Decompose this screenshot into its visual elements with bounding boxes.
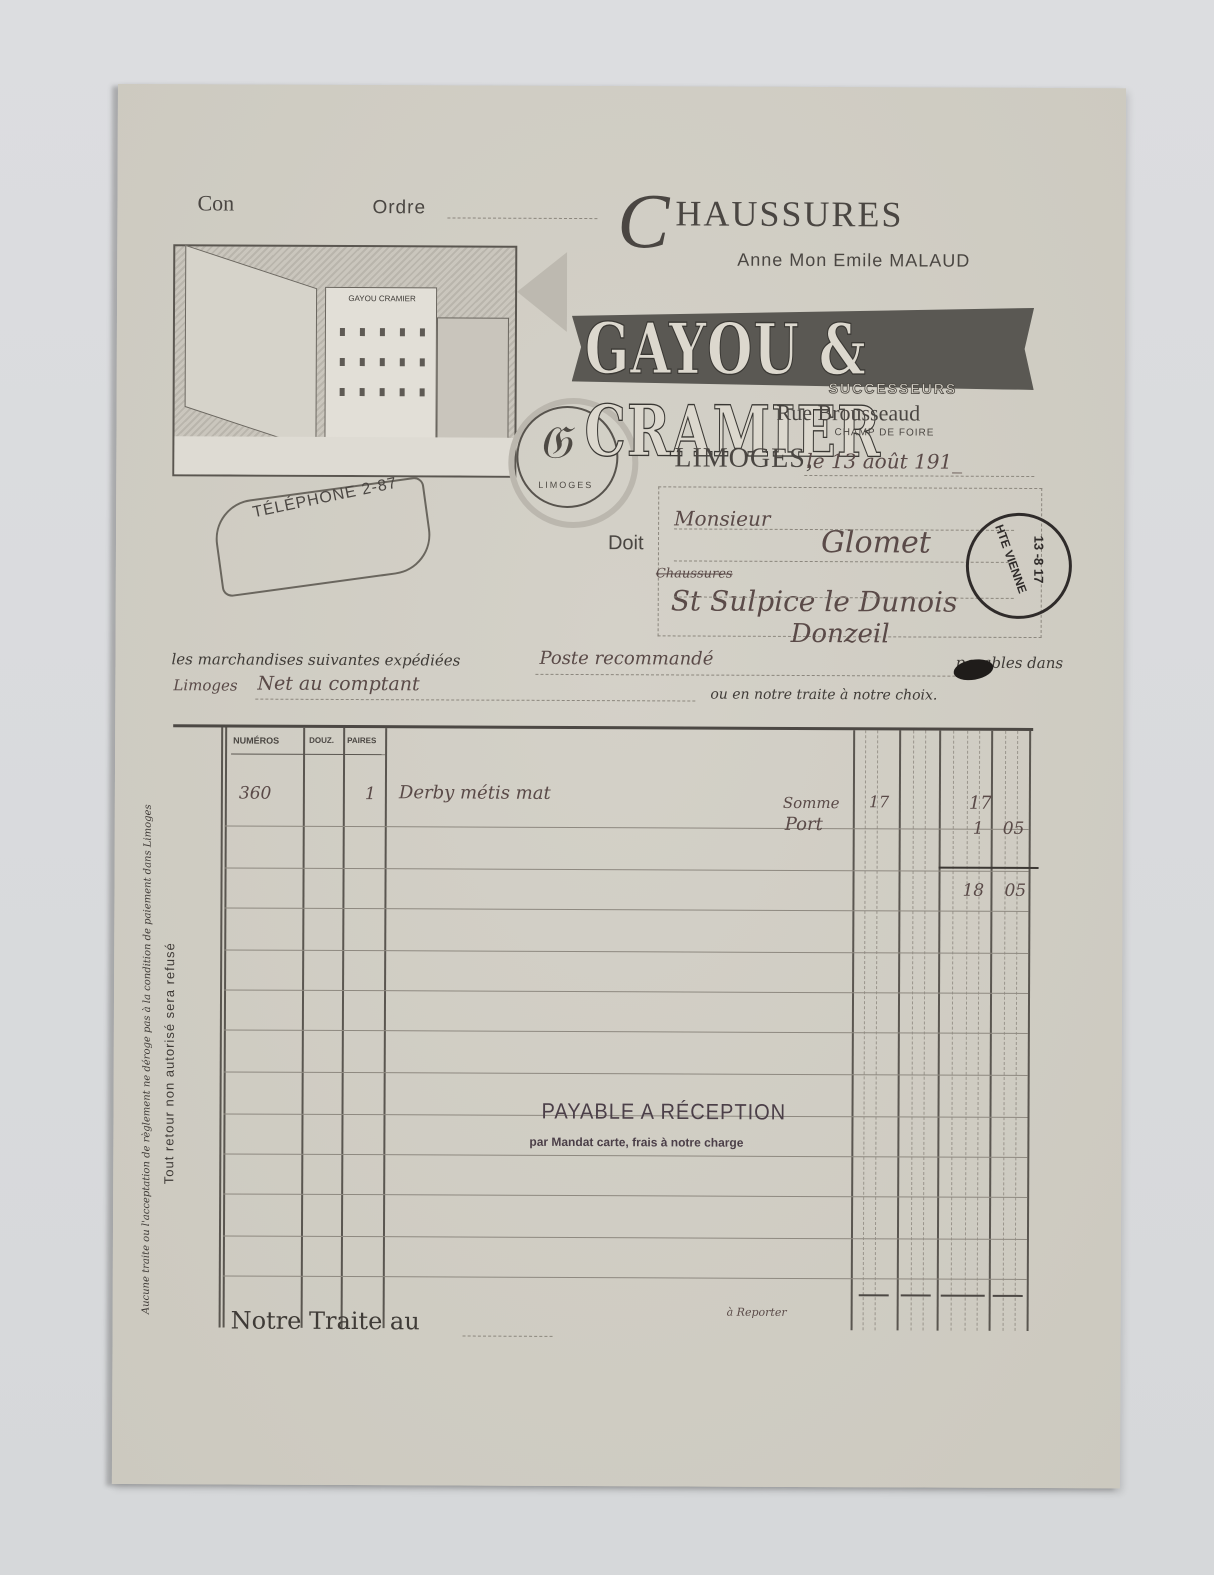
factory-engraving: GAYOU CRAMIER bbox=[172, 244, 517, 477]
payable-stamp-line2: par Mandat carte, frais à notre charge bbox=[529, 1135, 743, 1150]
shipping-method: Poste recommandé bbox=[539, 648, 713, 670]
reporter-label: à Reporter bbox=[727, 1306, 787, 1319]
predecessor-line: Anne Mon Emile MALAUD bbox=[737, 250, 970, 272]
total-francs: 18 bbox=[962, 881, 984, 901]
addressee-dept: Donzeil bbox=[791, 619, 890, 649]
building-sign: GAYOU CRAMIER bbox=[342, 294, 422, 304]
payable-stamp-line1: PAYABLE A RÉCEPTION bbox=[541, 1100, 786, 1126]
ordre-label: Ordre bbox=[372, 197, 426, 219]
building-main: GAYOU CRAMIER bbox=[324, 287, 437, 439]
postmark-date: 13 -8 17 bbox=[1031, 536, 1046, 584]
shipping-printed-line1: les marchandises suivantes expédiées bbox=[171, 650, 460, 669]
postmark-region: HTE VIENNE bbox=[992, 523, 1030, 596]
invoice-table: NUMÉROS DOUZ. PAIRES 360 1 Derby métis m… bbox=[171, 724, 1034, 1331]
date-handwritten: le 13 août 191_ bbox=[806, 449, 962, 474]
street bbox=[174, 436, 514, 475]
cell-label-port: Port bbox=[785, 814, 823, 835]
cell-cents: 05 bbox=[1003, 819, 1025, 839]
cell-paires: 1 bbox=[365, 784, 376, 804]
header-douz: DOUZ. bbox=[309, 736, 334, 745]
cell-francs: 17 bbox=[969, 793, 992, 814]
street-address: Rue Brousseaud bbox=[777, 400, 921, 427]
shipping-place: Limoges bbox=[173, 676, 237, 694]
doit-label: Doit bbox=[608, 532, 644, 555]
title-chaussures: HAUSSURES bbox=[675, 192, 903, 235]
district-label: CHAMP DE FOIRE bbox=[834, 427, 934, 438]
addressee-trade: Chaussures bbox=[656, 566, 733, 581]
side-note-conditions: Aucune traite ou l'acceptation de règlem… bbox=[141, 804, 154, 1314]
building-left-wing bbox=[185, 245, 318, 450]
addressee-town: St Sulpice le Dunois bbox=[671, 584, 958, 618]
cell-numero: 360 bbox=[239, 784, 272, 804]
monogram-gc-icon: 𝔊 bbox=[538, 416, 571, 471]
monogram-city: LIMOGES bbox=[538, 480, 593, 490]
cell-francs: 1 bbox=[973, 819, 984, 839]
invoice-paper: Con Ordre GAYOU CRAMIER TÉLÉPHONE 2-87 𝔊… bbox=[112, 84, 1126, 1488]
header-paires: PAIRES bbox=[347, 736, 376, 745]
title-initial: C bbox=[617, 182, 669, 260]
addressee-salutation: Monsieur bbox=[674, 506, 770, 530]
cell-label-somme: Somme bbox=[783, 794, 840, 812]
city-label: LIMOGES, bbox=[674, 442, 814, 475]
postmark-stamp: HTE VIENNE 13 -8 17 bbox=[966, 513, 1072, 619]
successors-label: SUCCESSEURS bbox=[829, 380, 958, 397]
building-right-wing bbox=[436, 317, 509, 439]
shipping-choice: ou en notre traite à notre choix. bbox=[710, 687, 937, 704]
payment-terms: Net au comptant bbox=[257, 673, 419, 696]
traite-label: Notre Traite au bbox=[231, 1307, 420, 1336]
cell-unit-price: 17 bbox=[869, 792, 889, 811]
header-numeros: NUMÉROS bbox=[233, 736, 279, 746]
con-label: Con bbox=[197, 190, 234, 216]
cell-description: Derby métis mat bbox=[399, 782, 551, 804]
total-cents: 05 bbox=[1004, 881, 1026, 901]
